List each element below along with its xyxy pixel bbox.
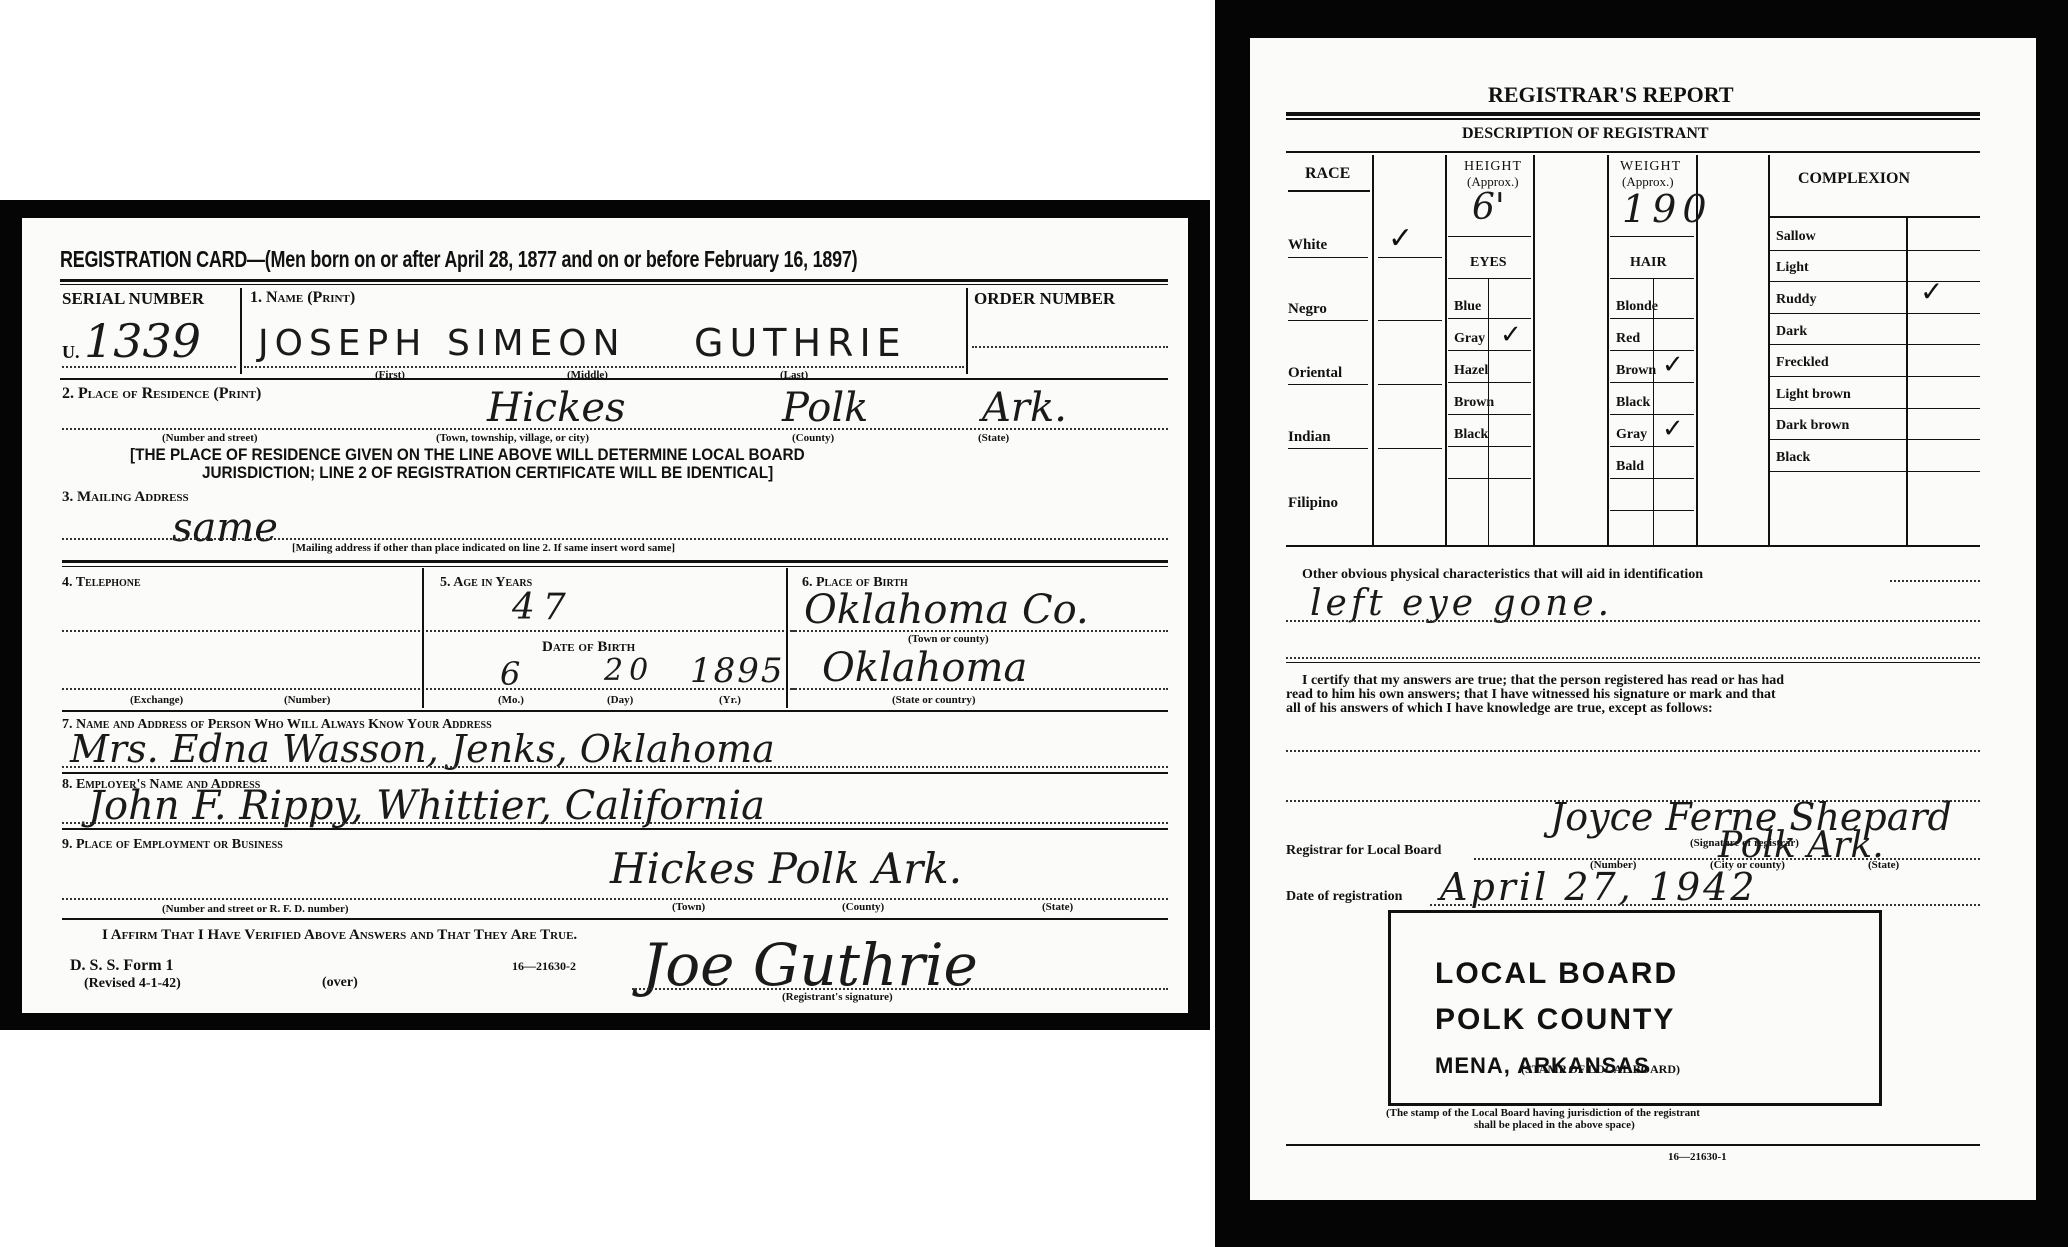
contact-person-value: Mrs. Edna Wasson, Jenks, Oklahoma [70,730,775,768]
eyes-option: Hazel [1454,364,1488,378]
mailing-address-label: 3. Mailing Address [62,490,189,505]
registrars-report: REGISTRAR'S REPORT DESCRIPTION OF REGIST… [1250,38,2036,1200]
caption-month: (Mo.) [498,695,524,706]
certification-line-3: all of his answers of which I have knowl… [1286,702,1713,716]
dob-day: 20 [604,656,654,686]
hair-gray-check-icon: ✓ [1662,416,1684,442]
mailing-address-caption: [Mailing address if other than place ind… [292,543,675,554]
caption-year: (Yr.) [719,695,741,706]
height-header: HEIGHT [1464,160,1522,174]
report-form-number: 16—21630-1 [1668,1152,1727,1163]
weight-value: 190 [1622,190,1713,228]
telephone-label: 4. Telephone [62,576,141,590]
eyes-option: Brown [1454,396,1494,410]
caption-town: (Town, township, village, or city) [436,433,589,444]
complexion-option: Light brown [1776,388,1851,402]
caption-county: (County) [792,433,834,444]
other-characteristics-label: Other obvious physical characteristics t… [1302,568,1703,582]
serial-number-label: SERIAL NUMBER [62,290,204,307]
birth-town: Oklahoma Co. [804,590,1089,630]
caption-employment-town: (Town) [672,902,705,913]
title-rule [60,279,1168,282]
name-last: GUTHRIE [694,324,907,362]
caption-birth-town: (Town or county) [908,634,989,645]
stamp-note-1: (The stamp of the Local Board having jur… [1386,1108,1700,1119]
caption-board-state: (State) [1868,860,1899,871]
caption-exchange: (Exchange) [130,695,183,706]
caption-state: (State) [978,433,1009,444]
hair-header: HAIR [1630,256,1667,270]
dob-month: 6 [500,658,520,690]
dob-year: 1895 [690,654,785,688]
hair-brown-check-icon: ✓ [1662,352,1684,378]
race-white-check-icon: ✓ [1388,224,1413,254]
registrant-signature: Joe Guthrie [642,936,978,994]
report-subtitle: DESCRIPTION OF REGISTRANT [1462,126,1709,142]
eyes-option: Blue [1454,300,1481,314]
complexion-option: Freckled [1776,356,1829,370]
caption-employment-street: (Number and street or R. F. D. number) [162,904,349,915]
complexion-option: Ruddy [1776,293,1816,307]
complexion-option: Light [1776,261,1809,275]
residence-state: Ark. [982,388,1067,428]
residence-county: Polk [782,388,868,428]
caption-day: (Day) [607,695,633,706]
employer-value: John F. Rippy, Whittier, California [88,786,765,826]
race-header: RACE [1305,166,1350,182]
date-of-registration-label: Date of registration [1286,890,1402,904]
complexion-header: COMPLEXION [1798,171,1910,187]
hair-option: Red [1616,332,1640,346]
signature-caption: (Registrant's signature) [782,992,893,1003]
certification-line-1: I certify that my answers are true; that… [1302,674,1784,688]
place-of-employment-label: 9. Place of Employment or Business [62,838,283,852]
eyes-header: EYES [1470,256,1507,270]
serial-number-value: 1339 [84,318,201,364]
order-number-label: ORDER NUMBER [974,290,1115,307]
certification-line-2: read to him his own answers; that I have… [1286,688,1776,702]
order-number-field [972,346,1168,348]
form-revised: (Revised 4-1-42) [84,977,181,991]
complexion-option: Dark brown [1776,419,1849,433]
stamp-line-2: POLK COUNTY [1435,1005,1675,1035]
name-first: JOSEPH [258,326,427,362]
report-title: REGISTRAR'S REPORT [1488,84,1734,106]
hair-option: Gray [1616,428,1647,442]
age-value: 47 [512,590,574,626]
stamp-caption: (STAMP OF LOCAL BOARD) [1521,1063,1680,1075]
residence-notice-2: JURISDICTION; LINE 2 OF REGISTRATION CER… [202,464,773,481]
stamp-line-1: LOCAL BOARD [1435,959,1678,989]
caption-street: (Number and street) [162,433,258,444]
local-board-label: Registrar for Local Board [1286,844,1441,858]
eyes-gray-check-icon: ✓ [1500,322,1522,348]
complexion-ruddy-check-icon: ✓ [1920,278,1943,306]
birth-state: Oklahoma [822,648,1027,688]
hair-option: Blonde [1616,300,1658,314]
form-name: D. S. S. Form 1 [70,958,174,974]
hair-option: Bald [1616,460,1644,474]
hair-option: Brown [1616,364,1656,378]
affirmation-text: I Affirm That I Have Verified Above Answ… [102,928,577,943]
race-option: Negro [1288,302,1327,317]
serial-prefix: U. [62,343,80,361]
caption-employment-state: (State) [1042,902,1073,913]
race-option: White [1288,238,1327,253]
complexion-option: Black [1776,451,1810,465]
eyes-option: Black [1454,428,1488,442]
other-characteristics-value: left eye gone. [1310,586,1613,622]
date-of-registration-value: April 27, 1942 [1440,868,1758,906]
residence-town: Hickes [487,388,626,428]
stamp-note-2: shall be placed in the above space) [1474,1120,1635,1131]
race-option: Oriental [1288,366,1342,381]
place-of-employment-value: Hickes Polk Ark. [610,848,962,890]
over-label: (over) [322,976,358,990]
card-title: REGISTRATION CARD—(Men born on or after … [60,248,857,271]
race-option: Indian [1288,430,1331,445]
name-label: 1. Name (Print) [250,290,355,306]
form-number: 16—21630-2 [512,960,576,972]
weight-header: WEIGHT [1620,160,1681,174]
residence-label: 2. Place of Residence (Print) [62,386,261,402]
hair-option: Black [1616,396,1650,410]
race-option: Filipino [1288,496,1338,511]
registration-card: REGISTRATION CARD—(Men born on or after … [22,218,1188,1013]
caption-number: (Number) [284,695,330,706]
complexion-option: Sallow [1776,230,1816,244]
eyes-option: Gray [1454,332,1485,346]
name-middle: SIMEON [447,326,626,362]
local-board-stamp: LOCAL BOARD POLK COUNTY MENA, ARKANSAS (… [1388,910,1882,1106]
mailing-address-value: same [172,508,278,548]
residence-notice-1: [THE PLACE OF RESIDENCE GIVEN ON THE LIN… [130,446,805,463]
height-value: 6' [1472,190,1505,226]
caption-birth-state: (State or country) [892,695,976,706]
caption-employment-county: (County) [842,902,884,913]
complexion-option: Dark [1776,325,1807,339]
